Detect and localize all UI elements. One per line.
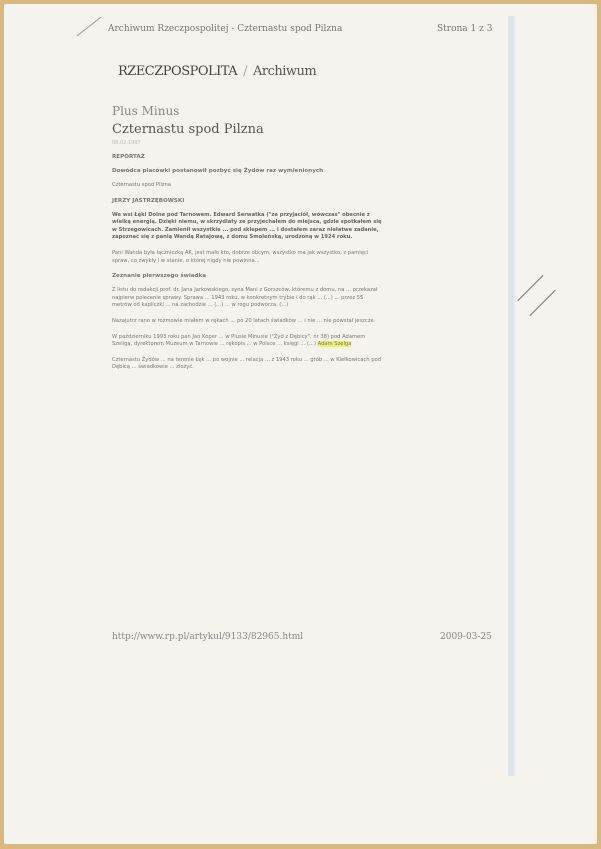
article-kicker: REPORTAŻ (112, 154, 384, 160)
article-subtitle: Dowódca placówki postanowił pozbyć się Ż… (112, 168, 384, 174)
logo: RZECZPOSPOLITA/Archiwum (118, 64, 316, 79)
article-section: Plus Minus (112, 104, 384, 118)
article-paragraph: Z listu do redakcji prof. dr. Jana Jarko… (112, 287, 384, 310)
article-title-repeat: Czternastu spod Pilzna (112, 182, 384, 190)
highlighted-name: Adam Szelga (318, 341, 352, 347)
brand-logo: RZECZPOSPOLITA (118, 64, 237, 79)
article-paragraph: Pani Wanda była łączniczką AK, jest mało… (112, 250, 384, 265)
article-lead: We wsi Łęki Dolne pod Tarnowem. Edward S… (112, 212, 384, 242)
section-heading: Zeznanie pierwszego świadka (112, 273, 384, 279)
article-author: JERZY JASTRZĘBOWSKI (112, 198, 384, 204)
logo-section: Archiwum (253, 64, 316, 79)
page-indicator: Strona 1 z 3 (437, 24, 492, 34)
article-title: Czternastu spod Pilzna (112, 122, 384, 137)
article: Plus Minus Czternastu spod Pilzna 08.02.… (112, 104, 384, 380)
paper-fold (508, 16, 516, 776)
article-paragraph: Nazajutrz rano w rozmowie miałem w rękac… (112, 318, 384, 326)
print-header-title: Archiwum Rzeczpospolitej - Czternastu sp… (108, 24, 342, 34)
footer-url: http://www.rp.pl/artykul/9133/82965.html (112, 632, 303, 642)
logo-separator: / (243, 64, 247, 79)
footer-date: 2009-03-25 (440, 632, 492, 642)
article-paragraph: Czternastu Żydów ... na terenie Łęk ... … (112, 357, 384, 372)
article-paragraph: W październiku 1993 roku pan Jan Koper .… (112, 334, 384, 349)
article-date: 08.02.1997 (112, 140, 384, 146)
